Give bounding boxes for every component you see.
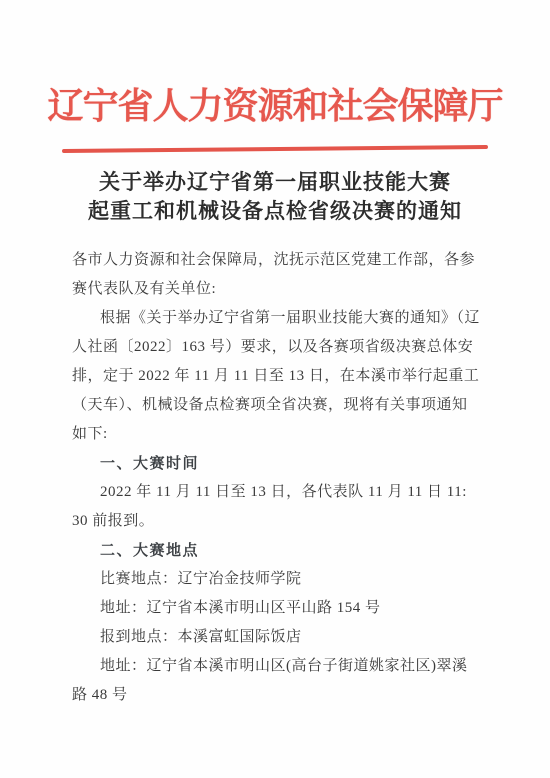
title-line-2: 起重工和机械设备点检省级决赛的通知 [0, 197, 550, 226]
body-line: 赛代表队及有关单位: [72, 275, 502, 304]
body-line: 排，定于 2022 年 11 月 11 日至 13 日，在本溪市举行起重工 [72, 362, 502, 391]
agency-name: 辽宁省人力资源和社会保障厅 [0, 84, 550, 128]
body-line: 比赛地点：辽宁冶金技师学院 [72, 565, 502, 594]
body-line: 人社函〔2022〕163 号）要求，以及各赛项省级决赛总体安 [72, 333, 502, 362]
body-line: 报到地点：本溪富虹国际饭店 [72, 623, 502, 652]
body-line: 各市人力资源和社会保障局，沈抚示范区党建工作部，各参 [72, 246, 502, 275]
body-line: 路 48 号 [72, 681, 502, 710]
body-line: 2022 年 11 月 11 日至 13 日，各代表队 11 月 11 日 11… [72, 478, 502, 507]
section-heading: 二、大赛地点 [72, 536, 502, 565]
document-body: 各市人力资源和社会保障局，沈抚示范区党建工作部，各参赛代表队及有关单位:根据《关… [72, 246, 502, 710]
document-page: 辽宁省人力资源和社会保障厅 关于举办辽宁省第一届职业技能大赛 起重工和机械设备点… [0, 0, 550, 778]
body-line: （天车）、机械设备点检赛项全省决赛，现将有关事项通知 [72, 391, 502, 420]
body-line: 如下: [72, 420, 502, 449]
document-title: 关于举办辽宁省第一届职业技能大赛 起重工和机械设备点检省级决赛的通知 [0, 168, 550, 226]
body-line: 根据《关于举办辽宁省第一届职业技能大赛的通知》（辽 [72, 304, 502, 333]
body-line: 30 前报到。 [72, 507, 502, 536]
body-line: 地址：辽宁省本溪市明山区平山路 154 号 [72, 594, 502, 623]
section-heading: 一、大赛时间 [72, 449, 502, 478]
title-line-1: 关于举办辽宁省第一届职业技能大赛 [0, 168, 550, 197]
letterhead-rule [62, 145, 488, 153]
body-line: 地址：辽宁省本溪市明山区(高台子街道姚家社区)翠溪 [72, 652, 502, 681]
